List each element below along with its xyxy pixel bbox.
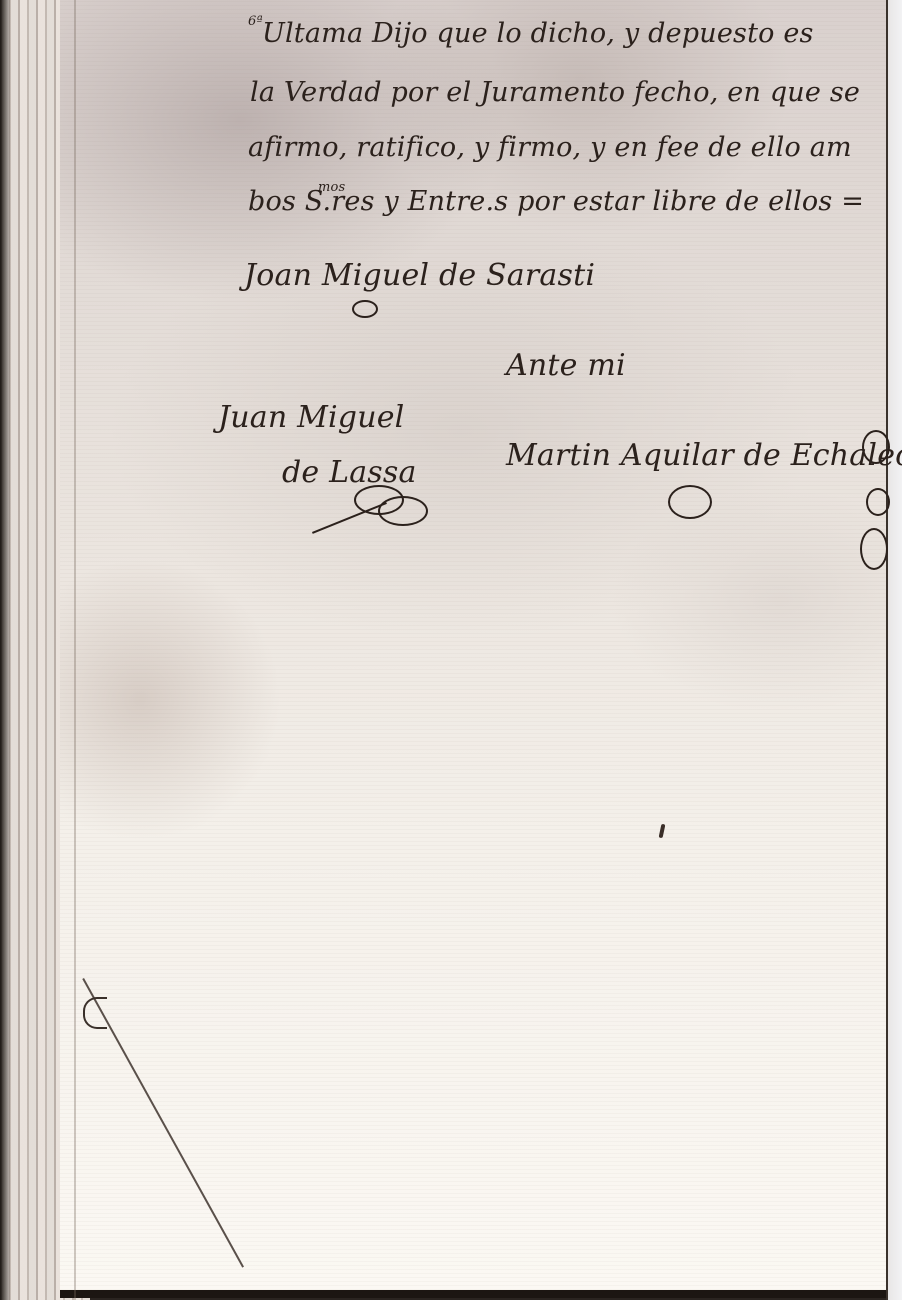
margin-flourish-3 [860,528,888,570]
body-line-2: la Verdad por el Juramento fecho, en que… [250,77,860,108]
margin-flourish-2 [866,488,890,516]
body-line-3: afirmo, ratifico, y firmo, y en fee de e… [248,132,852,163]
margin-flourish-1 [862,430,890,464]
manuscript-scan: 6ª Ultama Dijo que lo dicho, y depuesto … [0,0,902,1300]
signature-sarasti: Joan Miguel de Sarasti [244,258,595,293]
binding-fold [74,0,76,1300]
body-line-4: bos S.res y Entre.s por estar libre de e… [248,186,864,217]
signature-right: Martin Aquilar de Echaleco [506,438,902,473]
signature-left-line-1: Juan Miguel [218,400,404,435]
leaf-right-edge [886,0,902,1300]
body-line-1: Ultama Dijo que lo dicho, y depuesto es [262,18,814,49]
signature-rubric-right [668,485,712,519]
marginal-prefix: 6ª [248,14,263,29]
witness-heading: Ante mi [506,348,626,383]
signature-flourish [352,300,378,318]
signature-left-line-2: de Lassa [282,455,417,490]
folded-corner-curl [83,997,107,1029]
signature-rubric-left-2 [378,496,428,526]
